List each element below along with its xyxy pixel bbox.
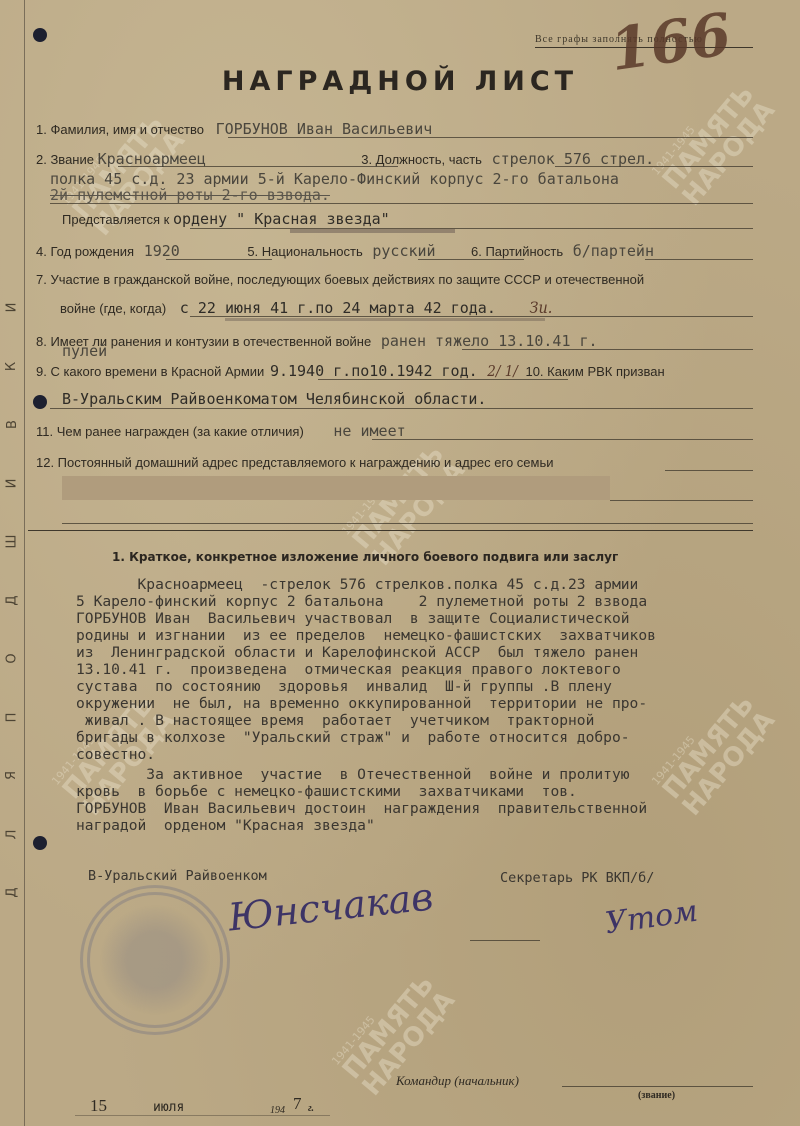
underline <box>462 349 753 350</box>
underline <box>470 940 540 941</box>
date-month: июля <box>153 1100 184 1115</box>
conscription-office-value: В-Уральским Райвоенкоматом Челябинской о… <box>62 390 486 408</box>
field-home-address: 12. Постоянный домашний адрес представля… <box>36 455 554 470</box>
underline <box>562 1086 753 1087</box>
underline <box>118 166 398 167</box>
underline <box>190 228 753 229</box>
underline <box>645 259 753 260</box>
official-stamp <box>80 885 230 1035</box>
rank-caption: (звание) <box>638 1090 675 1101</box>
underline <box>318 379 568 380</box>
underline <box>418 259 524 260</box>
section-divider <box>28 530 753 531</box>
punch-hole-icon <box>33 395 47 409</box>
signature-right: Утом <box>603 894 700 942</box>
binding-margin-label: Д Л Я П О Д Ш И В К И <box>2 300 22 900</box>
underline <box>62 523 753 524</box>
pencil-underline-mark <box>225 318 545 321</box>
date-underline <box>75 1115 330 1116</box>
underline <box>555 166 753 167</box>
field-army-service: 9. С какого времени в Красной Армии 9.19… <box>36 362 665 380</box>
underline <box>190 316 753 317</box>
war-participation-value: с 22 июня 41 г.по 24 марта 42 года. <box>180 299 496 317</box>
underline <box>166 259 272 260</box>
commander-label: Командир (начальник) <box>396 1073 519 1089</box>
nominated-award-value: ордену " Красная звезда" <box>173 210 390 228</box>
party-value: б/партейн <box>573 242 654 260</box>
underline <box>372 439 753 440</box>
signer-left-title: В-Уральский Райвоенком <box>88 868 267 885</box>
field-full-name: 1. Фамилия, имя и отчество ГОРБУНОВ Иван… <box>36 120 432 138</box>
award-sheet-page: Д Л Я П О Д Ш И В К И 1941-1945ПАМЯТЬНАР… <box>0 0 800 1126</box>
punch-hole-icon <box>33 836 47 850</box>
date-year-suffix: 7 <box>293 1094 302 1114</box>
field-war-participation-value: войне (где, когда) с 22 июня 41 г.по 24 … <box>60 298 552 317</box>
date-year-mark: г. <box>308 1103 314 1114</box>
punch-hole-icon <box>33 28 47 42</box>
field-nominated-for: Представляется к ордену " Красная звезда… <box>62 210 390 228</box>
redacted-address-block <box>62 476 610 500</box>
army-service-value: 9.1940 г.по10.1942 год. <box>270 362 478 380</box>
wounds-continuation: пулей <box>62 342 107 360</box>
field-war-participation: 7. Участие в гражданской войне, последую… <box>36 272 644 287</box>
field-prior-awards: 11. Чем ранее награжден (за какие отличи… <box>36 422 406 440</box>
underline <box>50 408 753 409</box>
page-title: НАГРАДНОЙ ЛИСТ <box>0 66 800 97</box>
underline <box>228 137 753 138</box>
signer-right-title: Секретарь РК ВКП/б/ <box>500 870 654 887</box>
date-day: 15 <box>90 1096 107 1116</box>
position-continuation: 2й пулеметной роты 2-го взвода. <box>50 186 330 204</box>
pencil-underline-mark <box>290 229 455 233</box>
nationality-value: русский <box>372 242 467 260</box>
wounds-value: ранен тяжело 13.10.41 г. <box>381 332 598 350</box>
underline <box>610 500 753 501</box>
feat-section-heading: 1. Краткое, конкретное изложение личного… <box>112 550 618 564</box>
prior-awards-value: не имеет <box>333 422 405 440</box>
birth-year-value: 1920 <box>144 242 244 260</box>
binding-margin-line <box>24 0 25 1126</box>
field-wounds: 8. Имеет ли ранения и контузии в отечест… <box>36 332 598 350</box>
underline <box>50 203 753 204</box>
field-birth-nationality-party: 4. Год рождения 1920 5. Национальность р… <box>36 242 654 260</box>
full-name-value: ГОРБУНОВ Иван Васильевич <box>216 120 433 138</box>
underline <box>665 470 753 471</box>
watermark: 1941-1945ПАМЯТЬНАРОДА <box>650 683 779 820</box>
